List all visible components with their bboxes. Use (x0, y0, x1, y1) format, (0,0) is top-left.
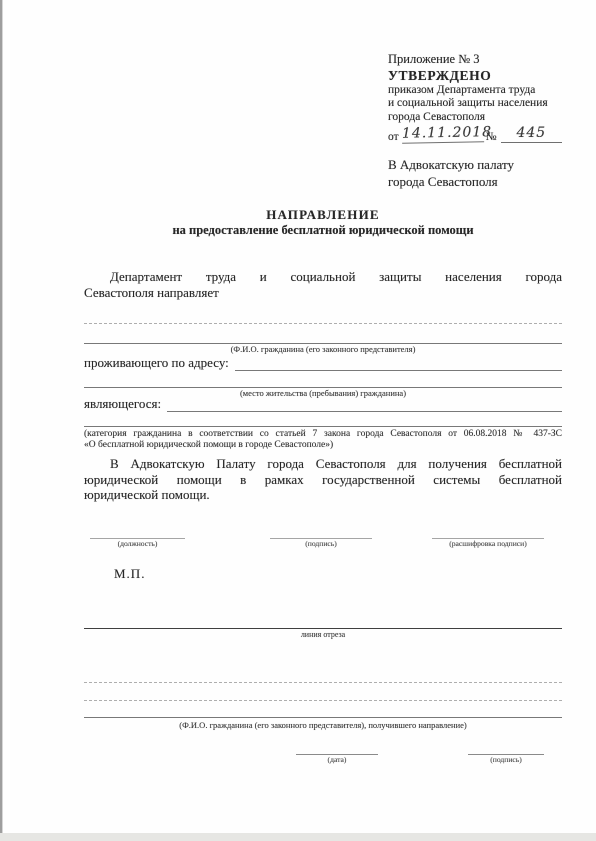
address-row: проживающего по адресу: (84, 356, 562, 371)
being-row: являющегося: (84, 399, 562, 412)
tearoff-date-group: (дата) (296, 745, 378, 764)
from-label: от (388, 131, 399, 143)
order-line-2: и социальной защиты населения (388, 97, 562, 110)
being-fill-line (167, 411, 562, 412)
signature-row: (должность) (подпись) (расшифровка подпи… (84, 530, 562, 554)
body-line-2: юридической помощи в рамках государствен… (84, 472, 562, 488)
position-line (90, 530, 185, 539)
address-label: проживающего по адресу: (84, 355, 235, 371)
document-content: Приложение № 3 УТВЕРЖДЕНО приказом Депар… (84, 0, 562, 771)
category-caption: (категория гражданина в соответствии со … (84, 429, 562, 451)
tearoff-date-line (296, 745, 378, 755)
sign-caption: (подпись) (270, 539, 372, 548)
tearoff-blank-line-2 (84, 683, 562, 701)
category-blank-line (84, 412, 562, 427)
cut-line (84, 628, 562, 629)
intro-line-2: Севастополя направляет (84, 285, 219, 300)
approval-header-block: Приложение № 3 УТВЕРЖДЕНО приказом Депар… (388, 52, 562, 143)
order-line-1: приказом Департамента труда (388, 84, 562, 97)
position-caption: (должность) (90, 539, 185, 548)
order-date-number-line: от 14.11.2018 № 445 (388, 126, 562, 143)
scan-edge-bottom (0, 833, 596, 841)
intro-paragraph: Департамент труда и социальной защиты на… (84, 269, 562, 300)
address-blank-line-2 (84, 371, 562, 388)
fio-caption: (Ф.И.О. гражданина (его законного предст… (84, 344, 562, 354)
scanned-document-page: Приложение № 3 УТВЕРЖДЕНО приказом Депар… (0, 0, 596, 841)
tearoff-sign-group: (подпись) (468, 745, 544, 764)
appendix-number: Приложение № 3 (388, 52, 562, 67)
title-main: НАПРАВЛЕНИЕ (84, 207, 562, 223)
category-caption-line-2: «О бесплатной юридической помощи в город… (84, 440, 333, 450)
fio-blank-line-1 (84, 307, 562, 324)
tearoff-date-sign-row: (дата) (подпись) (84, 745, 562, 771)
scan-edge-left-light (2, 0, 3, 841)
approved-heading: УТВЕРЖДЕНО (388, 67, 562, 84)
decipher-signature-group: (расшифровка подписи) (432, 530, 544, 548)
title-subtitle: на предоставление бесплатной юридической… (84, 223, 562, 238)
being-label: являющегося: (84, 396, 167, 412)
order-number-field: 445 (501, 126, 562, 143)
order-line-3: города Севастополя (388, 111, 562, 124)
body-line-3: юридической помощи. (84, 487, 210, 502)
document-title: НАПРАВЛЕНИЕ на предоставление бесплатной… (84, 207, 562, 238)
fio-blank-line-2 (84, 324, 562, 344)
decipher-line (432, 530, 544, 539)
handwritten-number: 445 (516, 125, 546, 141)
tearoff-fio-line (84, 701, 562, 718)
handwritten-date: 14.11.2018 (401, 124, 491, 142)
body-line-1: В Адвокатскую Палату города Севастополя … (84, 456, 562, 472)
intro-line-1: Департамент труда и социальной защиты на… (84, 269, 562, 285)
addressee-block: В Адвокатскую палату города Севастополя (388, 157, 562, 190)
position-signature-group: (должность) (90, 530, 185, 548)
addressee-line-2: города Севастополя (388, 174, 562, 191)
tearoff-fio-caption: (Ф.И.О. гражданина (его законного предст… (84, 720, 562, 730)
category-caption-line-1: (категория гражданина в соответствии со … (84, 429, 562, 440)
order-date-field: 14.11.2018 (401, 126, 483, 144)
address-fill-line (235, 370, 562, 371)
addressee-line-1: В Адвокатскую палату (388, 157, 562, 174)
tearoff-date-caption: (дата) (296, 755, 378, 764)
stamp-place-label: М.П. (114, 566, 562, 582)
sign-line (270, 530, 372, 539)
cut-line-caption: линия отреза (84, 630, 562, 640)
tearoff-sign-caption: (подпись) (468, 755, 544, 764)
sign-signature-group: (подпись) (270, 530, 372, 548)
body-paragraph: В Адвокатскую Палату города Севастополя … (84, 456, 562, 503)
decipher-caption: (расшифровка подписи) (432, 539, 544, 548)
tearoff-sign-line (468, 745, 544, 755)
